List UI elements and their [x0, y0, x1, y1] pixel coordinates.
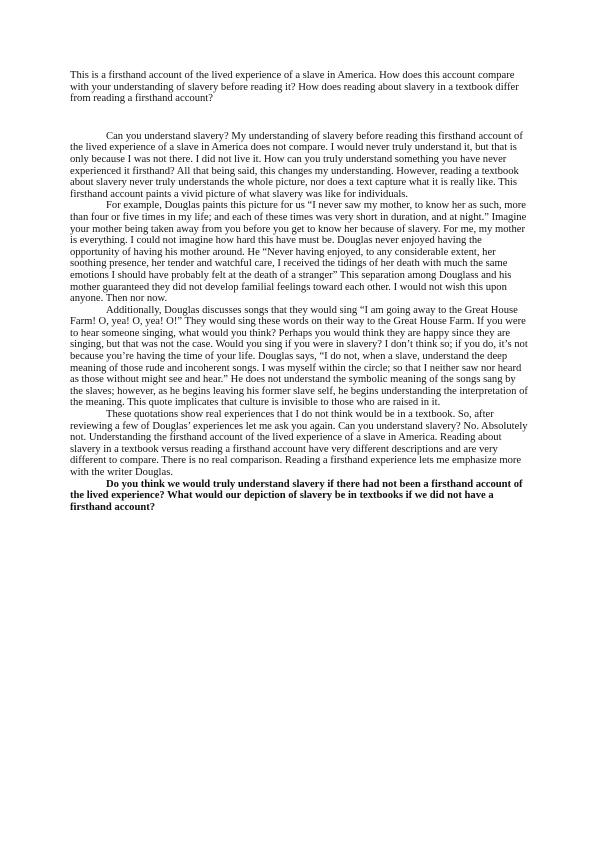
document-page: This is a firsthand account of the lived… — [70, 70, 528, 513]
essay-body: Can you understand slavery? My understan… — [70, 131, 528, 514]
essay-paragraph-1: Can you understand slavery? My understan… — [70, 131, 528, 201]
closing-question: Do you think we would truly understand s… — [70, 479, 528, 514]
essay-paragraph-2: For example, Douglas paints this picture… — [70, 200, 528, 304]
essay-paragraph-3: Additionally, Douglas discusses songs th… — [70, 305, 528, 409]
essay-paragraph-4: These quotations show real experiences t… — [70, 409, 528, 479]
assignment-prompt: This is a firsthand account of the lived… — [70, 70, 528, 105]
